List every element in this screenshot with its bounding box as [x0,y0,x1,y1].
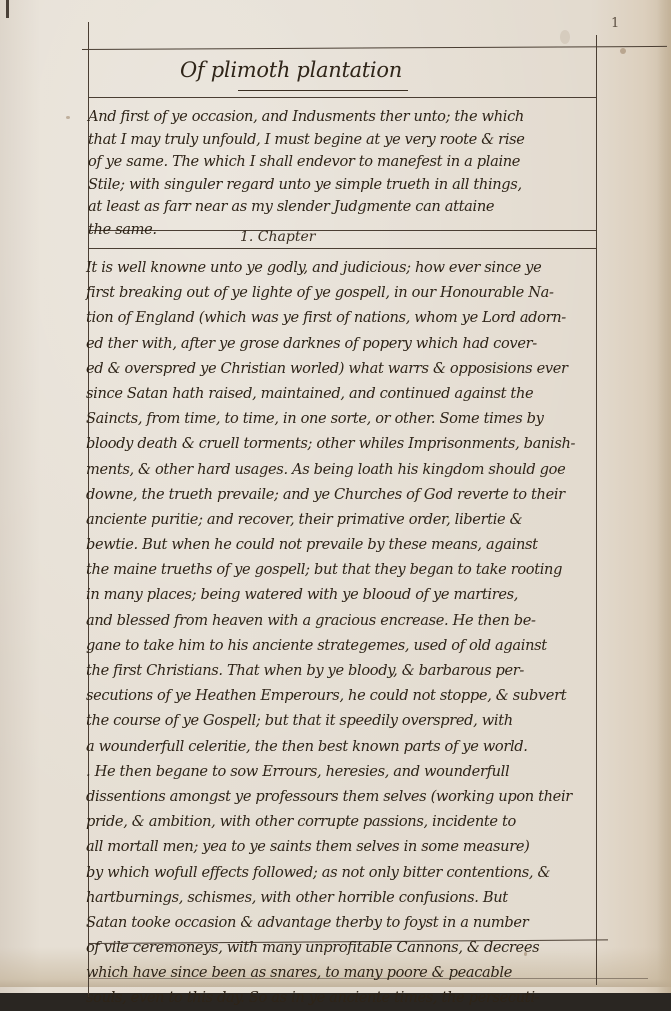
top-rule [82,46,667,50]
body-line: ed & overspred ye Christian worled) what… [86,356,575,381]
intro-line: at least as farr near as my slender Judg… [88,196,525,219]
body-line: It is well knowne unto ye godly, and jud… [86,255,575,280]
body-line: ed ther with, after ye grose darknes of … [86,331,575,356]
chapter-bottom-rule [88,248,596,249]
body-line: the course of ye Gospell; but that it sp… [86,708,575,733]
body-line: which have since been as snares, to many… [86,960,575,985]
body-line: of vile ceremoneys, with many unprofitab… [86,935,575,960]
body-line: gane to take him to his anciente strateg… [86,633,575,658]
body-line: souls, even to this day. So as in ye anc… [86,985,575,999]
intro-line: that I may truly unfould, I must begine … [88,129,525,152]
body-line: downe, the trueth prevaile; and ye Churc… [86,482,575,507]
binding-mark [6,0,9,18]
paper-speck [66,116,70,119]
paper-speck [560,30,570,44]
body-line: Saincts, from time, to time, in one sort… [86,406,575,431]
body-line: bewtie. But when he could not prevaile b… [86,532,575,557]
body-line: ments, & other hard usages. As being loa… [86,457,575,482]
body-line: first breaking out of ye lighte of ye go… [86,280,575,305]
body-line: by which wofull effects followed; as not… [86,860,575,885]
body-line: tion of England (which was ye first of n… [86,305,575,330]
body-line: Satan tooke occasion & advantage therby … [86,910,575,935]
title-underline [238,90,408,91]
right-margin-rule [596,35,597,985]
body-line: bloody death & cruell torments; other wh… [86,431,575,456]
paper-speck [524,952,527,956]
folio-number: 1 [611,16,619,31]
intro-paragraph: And first of ye occasion, and Indusments… [88,106,525,241]
body-line: . He then begane to sow Errours, heresie… [86,759,575,784]
body-line: in many places; being watered with ye bl… [86,582,575,607]
intro-line: Stile; with singuler regard unto ye simp… [88,174,525,197]
body-line: a wounderfull celeritie, the then best k… [86,734,575,759]
body-line: hartburnings, schismes, with other horri… [86,885,575,910]
body-line: the first Christians. That when by ye bl… [86,658,575,683]
body-line: since Satan hath raised, maintained, and… [86,381,575,406]
body-line: secutions of ye Heathen Emperours, he co… [86,683,575,708]
body-line: and blessed from heaven with a gracious … [86,608,575,633]
body-line: all mortall men; yea to ye saints them s… [86,834,575,859]
intro-line: And first of ye occasion, and Indusments… [88,106,525,129]
manuscript-title: Of plimoth plantation [180,58,480,82]
intro-line: of ye same. The which I shall endevor to… [88,151,525,174]
body-line: the maine trueths of ye gospell; but tha… [86,557,575,582]
chapter-heading: 1. Chapter [240,229,315,245]
body-line: pride, & ambition, with other corrupte p… [86,809,575,834]
body-paragraph: It is well knowne unto ye godly, and jud… [86,255,575,999]
title-bottom-rule [88,97,596,98]
body-line: dissentions amongst ye professours them … [86,784,575,809]
paper-speck [620,48,626,54]
manuscript-page: 1 Of plimoth plantation And first of ye … [0,0,671,993]
body-line: anciente puritie; and recover, their pri… [86,507,575,532]
page-edge-shadow [657,0,671,993]
